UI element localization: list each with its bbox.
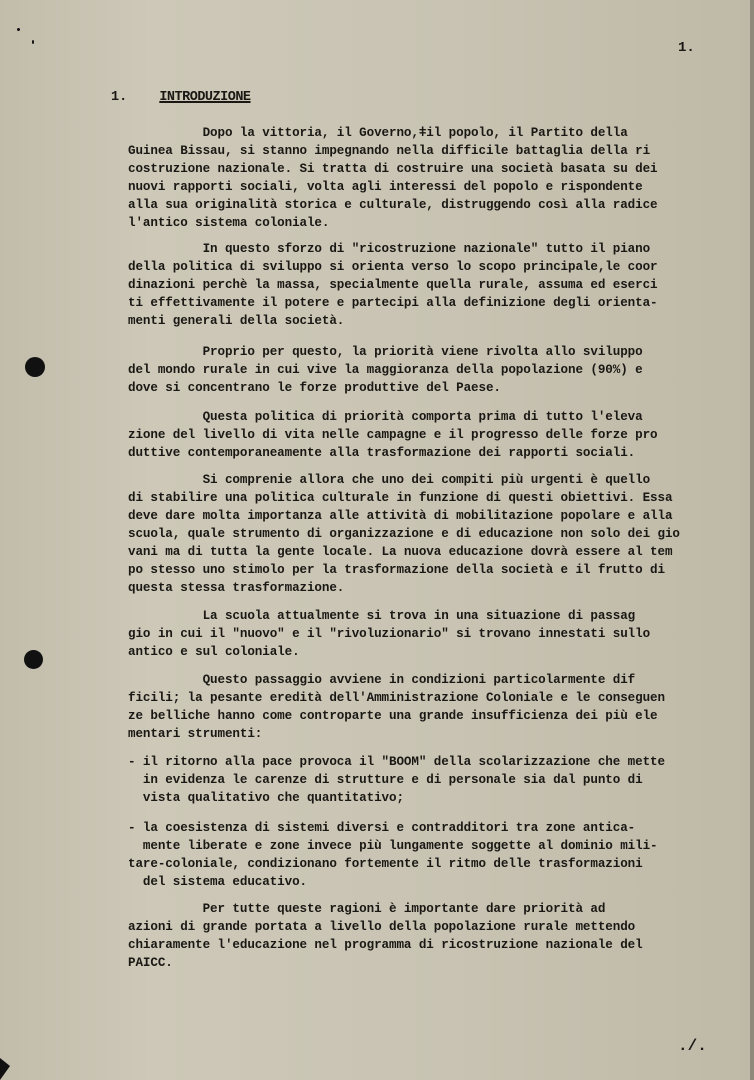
text-line: Questa politica di priorità comporta pri… xyxy=(128,410,643,424)
text-line: di stabilire una politica culturale in f… xyxy=(128,491,672,505)
continuation-mark: ./. xyxy=(678,1037,707,1055)
text-line: menti generali della società. xyxy=(128,314,344,328)
punch-hole-top xyxy=(25,357,45,377)
speck-mark xyxy=(17,28,20,31)
text-line: dinazioni perchè la massa, specialmente … xyxy=(128,278,657,292)
text-line: della politica di sviluppo si orienta ve… xyxy=(128,260,657,274)
speck-mark xyxy=(32,40,34,44)
section-number: 1. xyxy=(111,90,127,105)
text-line: Per tutte queste ragioni è importante da… xyxy=(128,902,605,916)
text-line: deve dare molta importanza alle attività… xyxy=(128,509,672,523)
text-line: duttive contemporaneamente alla trasform… xyxy=(128,446,635,460)
text-line: zione del livello di vita nelle campagne… xyxy=(128,428,657,442)
punch-hole-bottom xyxy=(24,650,43,669)
text-line: dove si concentrano le forze produttive … xyxy=(128,381,501,395)
text-line: La scuola attualmente si trova in una si… xyxy=(128,609,635,623)
text-line: ze belliche hanno come controparte una g… xyxy=(128,709,657,723)
text-line: questa stessa trasformazione. xyxy=(128,581,344,595)
text-line: scuola, quale strumento di organizzazion… xyxy=(128,527,680,541)
section-heading: 1. INTRODUZIONE xyxy=(111,90,251,105)
text-line: Questo passaggio avviene in condizioni p… xyxy=(128,673,635,687)
text-line: nuovi rapporti sociali, volta agli inter… xyxy=(128,180,643,194)
text-line: PAICC. xyxy=(128,956,173,970)
text-line: l'antico sistema coloniale. xyxy=(128,216,329,230)
text-line: ficili; la pesante eredità dell'Amminist… xyxy=(128,691,665,705)
text-line: in evidenza le carenze di strutture e di… xyxy=(128,773,643,787)
text-line: Guinea Bissau, si stanno impegnando nell… xyxy=(128,144,650,158)
text-line: - la coesistenza di sistemi diversi e co… xyxy=(128,821,635,835)
text-line: vista qualitativo che quantitativo; xyxy=(128,791,404,805)
text-line: In questo sforzo di "ricostruzione nazio… xyxy=(128,242,650,256)
text-line: chiaramente l'educazione nel programma d… xyxy=(128,938,643,952)
text-line: costruzione nazionale. Si tratta di cost… xyxy=(128,162,657,176)
text-line: mente liberate e zone invece più lungame… xyxy=(128,839,657,853)
text-line: azioni di grande portata a livello della… xyxy=(128,920,635,934)
page-edge xyxy=(750,0,754,1080)
page-number: 1. xyxy=(678,40,695,56)
text-line: Proprio per questo, la priorità viene ri… xyxy=(128,345,643,359)
text-line: mentari strumenti: xyxy=(128,727,262,741)
text-line: antico e sul coloniale. xyxy=(128,645,300,659)
text-line: Si comprenie allora che uno dei compiti … xyxy=(128,473,650,487)
text-line: alla sua originalità storica e culturale… xyxy=(128,198,657,212)
text-line: po stesso uno stimolo per la trasformazi… xyxy=(128,563,665,577)
text-line: tare-coloniale, condizionano fortemente … xyxy=(128,857,643,871)
section-title: INTRODUZIONE xyxy=(159,90,250,105)
text-line: vani ma di tutta la gente locale. La nuo… xyxy=(128,545,672,559)
text-line: - il ritorno alla pace provoca il "BOOM"… xyxy=(128,755,665,769)
text-line: Dopo la vittoria, il Governo,ǂil popolo,… xyxy=(128,126,628,140)
corner-shadow xyxy=(0,1058,10,1080)
text-line: del sistema educativo. xyxy=(128,875,307,889)
text-line: gio in cui il "nuovo" e il "rivoluzionar… xyxy=(128,627,650,641)
text-line: del mondo rurale in cui vive la maggiora… xyxy=(128,363,643,377)
text-line: ti effettivamente il potere e partecipi … xyxy=(128,296,657,310)
